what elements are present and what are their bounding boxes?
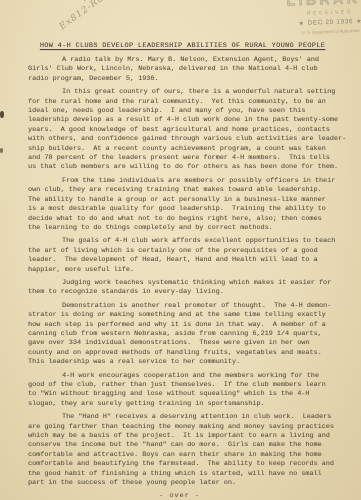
paragraph-demonstration: Demonstration is another real promoter o… (28, 302, 355, 368)
paragraph-cooperation: 4-H work encourages cooperation and the … (28, 372, 355, 410)
paragraph-goals: The goals of 4-H club work affords excel… (28, 237, 355, 275)
ink-speck (0, 111, 4, 118)
document-title: HOW 4-H CLUBS DEVELOP LEADERSHIP ABILITI… (28, 42, 355, 50)
document-body: HOW 4-H CLUBS DEVELOP LEADERSHIP ABILITI… (0, 0, 361, 500)
page-footer-over: - over - (28, 492, 355, 500)
paragraph-judging: Judging work teaches systematic thinking… (28, 279, 355, 298)
paragraph-hand-h: The "Hand H" receives a deserving attent… (28, 413, 355, 488)
paragraph-natural-setting: In this great country of ours, there is … (28, 88, 355, 173)
ink-speck (0, 148, 3, 153)
paragraph-training: From the time individuals are members or… (28, 177, 355, 233)
document-page: 1.4 Ex812-Rad LIBRARY RECEIVED ★DEC 20 1… (0, 0, 361, 500)
paragraph-intro: A radio talk by Mrs. Mary B. Nelson, Ext… (28, 56, 355, 84)
